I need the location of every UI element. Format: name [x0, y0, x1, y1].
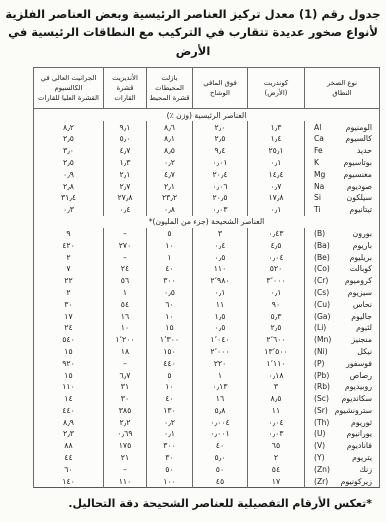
value-oceanic-basalt: ٤٠	[147, 393, 193, 405]
element-name: فاناديوم	[347, 441, 372, 450]
value-andesite: ٣٠	[104, 393, 147, 405]
table-row-Rb: روبيديوم(Rb)٣٠٫١٣١٠٣١١١٠	[34, 381, 380, 393]
value-andesite: ٠٫٤	[104, 204, 147, 216]
value-oceanic-basalt: ٨٫٥	[147, 145, 193, 157]
value-ultramafic: ١٬٠٤٠	[193, 334, 248, 346]
value-chondrite: ٠٫٠٤	[248, 416, 305, 428]
value-oceanic-basalt: ١٠	[147, 239, 193, 251]
element-symbol: (Th)	[314, 418, 329, 427]
table-row-Cu: نحاس(Cu)٩٠١١٦٠٥٤٣٠	[34, 298, 380, 310]
table-row-Ba: باريوم(Ba)٤٫٥٠٫٤١٠٢٧٠٤٢٠	[34, 239, 380, 251]
value-high-ca-granite: ٣٫٠	[34, 145, 104, 157]
value-chondrite: ١٧	[248, 475, 305, 487]
value-ultramafic: ٩٫٤	[193, 145, 248, 157]
value-chondrite: ١٫٤	[248, 133, 305, 145]
value-oceanic-basalt: ٥٠	[147, 463, 193, 475]
element-symbol: (Pb)	[314, 371, 329, 380]
section-header-label: العناصر الشحيحة (جزء من المليون)*	[34, 216, 380, 228]
value-andesite: ٠٫٦٩	[104, 428, 147, 440]
table-row-Cs: سيزيوم(Cs)٠٫١٠٫١٠٫٥١٢	[34, 287, 380, 299]
value-high-ca-granite: ٢	[34, 287, 104, 299]
value-chondrite: ٨٫٥	[248, 393, 305, 405]
table-title: جدول رقم (1) معدل تركيز العناصر الرئيسية…	[0, 0, 386, 60]
value-andesite: ١٨	[104, 346, 147, 358]
value-oceanic-basalt: ٢٫١	[147, 180, 193, 192]
element-name: مغنسيوم	[344, 170, 372, 179]
element-cell: الومنيومAl	[305, 121, 380, 133]
value-oceanic-basalt: ٥	[147, 369, 193, 381]
element-cell: منجنيز(Mn)	[305, 334, 380, 346]
element-name: زنك	[359, 465, 372, 474]
element-symbol: (Mn)	[314, 335, 331, 344]
value-high-ca-granite: ٦٠	[34, 463, 104, 475]
element-name: باريوم	[353, 241, 372, 250]
element-symbol: (B)	[314, 229, 325, 238]
table-row-Sc: سكانديوم(Sc)٨٫٥١٦٤٠٣٠١٤	[34, 393, 380, 405]
value-chondrite: ٤٫٥	[248, 239, 305, 251]
value-andesite: ٢٤	[104, 263, 147, 275]
value-high-ca-granite: ٢٤	[34, 322, 104, 334]
value-chondrite: ٠٫٠٤	[248, 251, 305, 263]
value-chondrite: ٠٫١٨	[248, 369, 305, 381]
value-ultramafic: ٢٬٠٠٠	[193, 346, 248, 358]
value-ultramafic: ٤٠	[193, 440, 248, 452]
element-symbol: (Y)	[314, 453, 325, 462]
value-high-ca-granite: ٠٫٩	[34, 168, 104, 180]
value-ultramafic: ٠٫٠٣	[193, 204, 248, 216]
element-cell: ثوريوم(Th)	[305, 416, 380, 428]
element-symbol: Mg	[314, 170, 325, 179]
element-cell: بريليوم(Be)	[305, 251, 380, 263]
value-ultramafic: ٠٫٠٠٤	[193, 416, 248, 428]
col-header-rock-type: نوع الصخرالنطاق	[305, 68, 380, 109]
value-high-ca-granite: ٤٢٠	[34, 239, 104, 251]
element-cell: روبيديوم(Rb)	[305, 381, 380, 393]
value-ultramafic: ١٦	[193, 393, 248, 405]
element-symbol: (Co)	[314, 264, 330, 273]
value-chondrite: ١٫٣	[248, 121, 305, 133]
element-symbol: (Ba)	[314, 241, 330, 250]
element-symbol: Ti	[314, 205, 321, 214]
value-high-ca-granite: ١٤٠	[34, 475, 104, 487]
value-chondrite: ٢٫٥	[248, 322, 305, 334]
value-high-ca-granite: ٨٫٩	[34, 416, 104, 428]
element-name: روبيديوم	[345, 382, 372, 391]
element-symbol: (Be)	[314, 253, 330, 262]
value-ultramafic: ٢٫٠	[193, 121, 248, 133]
value-ultramafic: ١١	[193, 298, 248, 310]
element-symbol: (Ni)	[314, 347, 328, 356]
col-header-oceanic-basalt: بازلت المحيطاتقشرة المحيط	[147, 68, 193, 109]
element-name: كوبالت	[350, 264, 372, 273]
value-oceanic-basalt: ٣٠٠	[147, 440, 193, 452]
value-andesite: ٥٤	[104, 298, 147, 310]
element-cell: فاناديوم(V)	[305, 440, 380, 452]
element-cell: لثيوم(Li)	[305, 322, 380, 334]
element-cell: زيركونيوم(Zr)	[305, 475, 380, 487]
element-cell: باريوم(Ba)	[305, 239, 380, 251]
table-row-Cr: كروميوم(Cr)٣٬٠٠٠٢٬٩٨٠٣٠٠٥٦٢٢	[34, 275, 380, 287]
value-andesite: –	[104, 357, 147, 369]
element-cell: سترونشيوم(Sr)	[305, 405, 380, 417]
table-row-V: فاناديوم(V)٦٥٤٠٣٠٠١٧٥٨٨	[34, 440, 380, 452]
element-symbol: (Cu)	[314, 300, 330, 309]
section-header-label: العناصر الرئيسية (وزن ٪)	[34, 109, 380, 122]
value-oceanic-basalt: ٠٫١	[147, 428, 193, 440]
value-oceanic-basalt: ١٥	[147, 322, 193, 334]
value-oceanic-basalt: ١	[147, 251, 193, 263]
value-oceanic-basalt: ٥	[147, 228, 193, 240]
value-oceanic-basalt: ١٠٠	[147, 475, 193, 487]
element-symbol: (Sr)	[314, 406, 328, 415]
value-chondrite: ٥٢٠	[248, 263, 305, 275]
element-name: يتريوم	[352, 453, 372, 462]
element-cell: سيلكونSi	[305, 192, 380, 204]
element-symbol: (Zn)	[314, 465, 330, 474]
value-chondrite: ١٣٬٥٠٠	[248, 346, 305, 358]
element-symbol: (U)	[314, 429, 325, 438]
table-row-Na: صوديومNa٠٫٧٠٫٠٦٢٫١٢٫٧٢٫٨	[34, 180, 380, 192]
element-name: ثوريوم	[351, 418, 372, 427]
value-oceanic-basalt: ٢٣٫٢	[147, 192, 193, 204]
value-chondrite: ٠٫٧	[248, 180, 305, 192]
table-row-Ni: نيكل(Ni)١٣٬٥٠٠٢٬٠٠٠١٥٠١٨١٥	[34, 346, 380, 358]
table-row-Ti: تيتانيومTi٠٫١٠٫٠٣٠٫٨٠٫٤٠٫٣	[34, 204, 380, 216]
value-oceanic-basalt: ١٥٠	[147, 346, 193, 358]
value-chondrite: ٢٬٦٠٠	[248, 334, 305, 346]
element-name: زيركونيوم	[341, 477, 372, 486]
value-chondrite: ١٤٫٤	[248, 168, 305, 180]
element-cell: بورون(B)	[305, 228, 380, 240]
element-symbol: (Cr)	[314, 276, 328, 285]
value-chondrite: ٥٤	[248, 463, 305, 475]
table-row-Mg: مغنسيومMg١٤٫٤٢٠٫٤٤٫٧٢٫١٠٫٩	[34, 168, 380, 180]
value-andesite: ٢٧٫٨	[104, 192, 147, 204]
value-chondrite: ٠٫٠٣	[248, 428, 305, 440]
table-row-U: يورانيوم(U)٠٫٠٣٠٫٠٠١٠٫١٠٫٦٩٢٫٣	[34, 428, 380, 440]
element-name: سكانديوم	[341, 394, 372, 403]
value-chondrite: ٩٠	[248, 298, 305, 310]
element-name: بوتاسيوم	[344, 158, 373, 167]
value-chondrite: ٠٫١	[248, 287, 305, 299]
table-row-Al: الومنيومAl١٫٣٢٫٠٨٫٦٩٫١٨٫٢	[34, 121, 380, 133]
element-name: يورانيوم	[346, 429, 372, 438]
value-andesite: ٥٫٠	[104, 133, 147, 145]
value-high-ca-granite: ٤٤٠	[34, 405, 104, 417]
value-andesite: ١٬٢٠٠	[104, 334, 147, 346]
value-high-ca-granite: ٤٤	[34, 452, 104, 464]
table-title-line1: جدول رقم (1) معدل تركيز العناصر الرئيسية…	[0, 5, 386, 23]
value-ultramafic: ٠٫٥	[193, 322, 248, 334]
value-ultramafic: ٢٢٠	[193, 357, 248, 369]
element-cell: كروميوم(Cr)	[305, 275, 380, 287]
value-chondrite: ٣	[248, 381, 305, 393]
element-cell: بوتاسيومK	[305, 157, 380, 169]
element-cell: صوديومNa	[305, 180, 380, 192]
table-row-Zr: زيركونيوم(Zr)١٧٤٥١٠٠١١٠١٤٠	[34, 475, 380, 487]
value-andesite: ٢٫٧	[104, 180, 147, 192]
elements-concentration-table: نوع الصخرالنطاقكوندريت(الأرض)فوق المافيا…	[33, 67, 380, 488]
value-oceanic-basalt: ٦٠	[147, 298, 193, 310]
value-high-ca-granite: ٢٫٥	[34, 133, 104, 145]
value-ultramafic: ٣	[193, 228, 248, 240]
element-name: صوديوم	[347, 182, 372, 191]
element-name: منجنيز	[351, 335, 372, 344]
table-row-Y: يتريوم(Y)٢٥٫٠٣٠٢١٤٤	[34, 452, 380, 464]
value-high-ca-granite: ٨٫٢	[34, 121, 104, 133]
value-oceanic-basalt: ٤٠	[147, 263, 193, 275]
element-name: رصاص	[350, 371, 372, 380]
element-symbol: Si	[314, 193, 321, 202]
element-symbol: (Cs)	[314, 288, 329, 297]
value-chondrite: ٢٥٫١	[248, 145, 305, 157]
element-symbol: (V)	[314, 441, 325, 450]
value-high-ca-granite: ١٥	[34, 369, 104, 381]
element-cell: تيتانيومTi	[305, 204, 380, 216]
value-oceanic-basalt: ٤٫٧	[147, 168, 193, 180]
value-chondrite: ٣٬٠٠٠	[248, 275, 305, 287]
value-andesite: ٩٫١	[104, 121, 147, 133]
value-chondrite: ٦٥	[248, 440, 305, 452]
element-name: سيلكون	[346, 193, 372, 202]
element-cell: جاليوم(Ga)	[305, 310, 380, 322]
element-name: جاليوم	[351, 312, 372, 321]
value-andesite: ١٫٣	[104, 157, 147, 169]
element-cell: نحاس(Cu)	[305, 298, 380, 310]
value-oceanic-basalt: ١٬٣٠٠	[147, 334, 193, 346]
value-ultramafic: ٥٠	[193, 463, 248, 475]
value-andesite: –	[104, 463, 147, 475]
col-header-andesite: الأنديزيتقشرة القارات	[104, 68, 147, 109]
value-andesite: ١	[104, 287, 147, 299]
value-high-ca-granite: ١١٠	[34, 381, 104, 393]
value-high-ca-granite: ٢٫٨	[34, 180, 104, 192]
value-andesite: ١٠	[104, 322, 147, 334]
col-header-ultramafic: فوق المافيالوشاح	[193, 68, 248, 109]
element-name: سيزيوم	[348, 288, 372, 297]
table-row-Si: سيلكونSi١٧٫٨٢٠٫٥٢٣٫٢٢٧٫٨٣١٫٤	[34, 192, 380, 204]
element-cell: رصاص(Pb)	[305, 369, 380, 381]
value-andesite: ٣١	[104, 381, 147, 393]
value-high-ca-granite: ٩٢٠	[34, 357, 104, 369]
table-row-Ga: جاليوم(Ga)٥٫٣١٫٥١٠١٦١٧	[34, 310, 380, 322]
value-andesite: ٣٨٥	[104, 405, 147, 417]
element-name: كالسيوم	[345, 134, 372, 143]
value-andesite: ٦٫٧	[104, 369, 147, 381]
value-ultramafic: ٠٫٠٦	[193, 180, 248, 192]
element-name: حديد	[357, 146, 372, 155]
value-ultramafic: ١٫٥	[193, 310, 248, 322]
value-oceanic-basalt: ١٠	[147, 310, 193, 322]
table-row-Th: ثوريوم(Th)٠٫٠٤٠٫٠٠٤٠٫٢٢٫٢٨٫٩	[34, 416, 380, 428]
value-chondrite: ٠٫١	[248, 204, 305, 216]
value-chondrite: ١٬١١٠	[248, 357, 305, 369]
element-symbol: (Li)	[314, 323, 326, 332]
value-andesite: ١١٠	[104, 475, 147, 487]
value-chondrite: ٠٫٤٣	[248, 228, 305, 240]
value-andesite: –	[104, 228, 147, 240]
value-oceanic-basalt: ٣٠	[147, 452, 193, 464]
col-header-high-ca-granite: الجرانيت العالي في الكالسيومالقشرة العلي…	[34, 68, 104, 109]
value-ultramafic: ٠٫٥	[193, 251, 248, 263]
value-andesite: ٥٦	[104, 275, 147, 287]
element-cell: فوسفور(P)	[305, 357, 380, 369]
element-name: بورون	[353, 229, 372, 238]
element-symbol: (Ga)	[314, 312, 330, 321]
element-name: بريليوم	[350, 253, 372, 262]
table-row-Ca: كالسيومCa١٫٤٢٫٥٨٫١٥٫٠٢٫٥	[34, 133, 380, 145]
element-cell: مغنسيومMg	[305, 168, 380, 180]
value-oceanic-basalt: ٨٫٦	[147, 121, 193, 133]
element-name: سترونشيوم	[335, 406, 372, 415]
element-symbol: Na	[314, 182, 324, 191]
element-name: لثيوم	[356, 323, 372, 332]
table-row-Fe: حديدFe٢٥٫١٩٫٤٨٫٥٤٫٧٣٫٠	[34, 145, 380, 157]
value-chondrite: ٢	[248, 452, 305, 464]
table-row-Be: بريليوم(Be)٠٫٠٤٠٫٥١–٢	[34, 251, 380, 263]
element-name: فوسفور	[346, 359, 372, 368]
value-oceanic-basalt: ٨٫١	[147, 133, 193, 145]
value-high-ca-granite: ٧	[34, 263, 104, 275]
value-high-ca-granite: ٩	[34, 228, 104, 240]
section-header-row-0: العناصر الرئيسية (وزن ٪)	[34, 109, 380, 122]
value-chondrite: ٠٫١	[248, 157, 305, 169]
value-oceanic-basalt: ٣٠٠	[147, 275, 193, 287]
value-ultramafic: ٢٬٩٨٠	[193, 275, 248, 287]
table-row-K: بوتاسيومK٠٫١٠٫٠١٠٫٢١٫٣٢٫٥	[34, 157, 380, 169]
value-andesite: ٢٫١	[104, 168, 147, 180]
value-chondrite: ١١	[248, 405, 305, 417]
element-cell: حديدFe	[305, 145, 380, 157]
element-name: تيتانيوم	[349, 205, 372, 214]
value-ultramafic: ٠٫١	[193, 287, 248, 299]
element-symbol: Fe	[314, 146, 323, 155]
table-row-Li: لثيوم(Li)٢٫٥٠٫٥١٥١٠٢٤	[34, 322, 380, 334]
element-cell: سكانديوم(Sc)	[305, 393, 380, 405]
element-symbol: Al	[314, 123, 321, 132]
element-cell: كوبالت(Co)	[305, 263, 380, 275]
value-oceanic-basalt: ٠٫٢	[147, 157, 193, 169]
value-oceanic-basalt: ٠٫٢	[147, 416, 193, 428]
value-high-ca-granite: ٢٢	[34, 275, 104, 287]
value-andesite: ٢٧٠	[104, 239, 147, 251]
value-ultramafic: ٠٫٠٠١	[193, 428, 248, 440]
value-ultramafic: ٢٠٫٥	[193, 192, 248, 204]
table-row-Pb: رصاص(Pb)٠٫١٨١٥٦٫٧١٥	[34, 369, 380, 381]
value-high-ca-granite: ٥٤٠	[34, 334, 104, 346]
element-symbol: K	[314, 158, 319, 167]
element-symbol: (Rb)	[314, 382, 330, 391]
element-symbol: (Sc)	[314, 394, 329, 403]
value-ultramafic: ٤٥	[193, 475, 248, 487]
value-chondrite: ٥٫٣	[248, 310, 305, 322]
value-high-ca-granite: ٢٫٥	[34, 157, 104, 169]
value-andesite: ١٦	[104, 310, 147, 322]
value-ultramafic: ٥٫٨	[193, 405, 248, 417]
scanned-document-page: جدول رقم (1) معدل تركيز العناصر الرئيسية…	[0, 0, 386, 522]
value-oceanic-basalt: ٠٫٥	[147, 287, 193, 299]
element-cell: يتريوم(Y)	[305, 452, 380, 464]
table-row-P: فوسفور(P)١٬١١٠٢٢٠٤٤٠–٩٢٠	[34, 357, 380, 369]
element-name: الومنيوم	[346, 123, 372, 132]
value-ultramafic: ٠٫١٣	[193, 381, 248, 393]
element-name: كروميوم	[345, 276, 372, 285]
value-ultramafic: ١	[193, 369, 248, 381]
element-cell: سيزيوم(Cs)	[305, 287, 380, 299]
value-ultramafic: ١١٠	[193, 263, 248, 275]
element-symbol: Ca	[314, 134, 324, 143]
value-andesite: –	[104, 251, 147, 263]
element-name: نحاس	[353, 300, 372, 309]
value-ultramafic: ٢٫٥	[193, 133, 248, 145]
value-oceanic-basalt: ١٣٠	[147, 405, 193, 417]
value-andesite: ١٧٥	[104, 440, 147, 452]
value-high-ca-granite: ٢٫٣	[34, 428, 104, 440]
value-high-ca-granite: ٣١٫٤	[34, 192, 104, 204]
value-ultramafic: ٥٫٠	[193, 452, 248, 464]
element-name: نيكل	[357, 347, 372, 356]
value-oceanic-basalt: ٤٤٠	[147, 357, 193, 369]
table-footnote: *تعكس الأرقام التفصيلية للعناصر الشحيحة …	[68, 497, 372, 510]
value-ultramafic: ٢٠٫٤	[193, 168, 248, 180]
value-oceanic-basalt: ١٠	[147, 381, 193, 393]
table-row-Sr: سترونشيوم(Sr)١١٥٫٨١٣٠٣٨٥٤٤٠	[34, 405, 380, 417]
table-row-B: بورون(B)٠٫٤٣٣٥–٩	[34, 228, 380, 240]
value-ultramafic: ٠٫٤	[193, 239, 248, 251]
element-symbol: (Zr)	[314, 477, 328, 486]
value-chondrite: ١٧٫٨	[248, 192, 305, 204]
col-header-chondrite: كوندريت(الأرض)	[248, 68, 305, 109]
table-title-line2: لأنواع صخور عديدة تتقارب في التركيب مع ا…	[0, 23, 386, 60]
element-symbol: (P)	[314, 359, 325, 368]
table-row-Mn: منجنيز(Mn)٢٬٦٠٠١٬٠٤٠١٬٣٠٠١٬٢٠٠٥٤٠	[34, 334, 380, 346]
table-row-Co: كوبالت(Co)٥٢٠١١٠٤٠٢٤٧	[34, 263, 380, 275]
element-cell: يورانيوم(U)	[305, 428, 380, 440]
value-oceanic-basalt: ٠٫٨	[147, 204, 193, 216]
section-header-row-1: العناصر الشحيحة (جزء من المليون)*	[34, 216, 380, 228]
value-high-ca-granite: ٨٨	[34, 440, 104, 452]
value-andesite: ٢١	[104, 452, 147, 464]
value-high-ca-granite: ٢	[34, 251, 104, 263]
element-cell: نيكل(Ni)	[305, 346, 380, 358]
value-high-ca-granite: ١٤	[34, 393, 104, 405]
value-andesite: ٤٫٧	[104, 145, 147, 157]
value-andesite: ٢٫٢	[104, 416, 147, 428]
element-cell: كالسيومCa	[305, 133, 380, 145]
header-row: نوع الصخرالنطاقكوندريت(الأرض)فوق المافيا…	[34, 68, 380, 109]
value-high-ca-granite: ٠٫٣	[34, 204, 104, 216]
value-high-ca-granite: ١٥	[34, 346, 104, 358]
value-high-ca-granite: ٣٠	[34, 298, 104, 310]
value-ultramafic: ٠٫٠١	[193, 157, 248, 169]
table-row-Zn: زنك(Zn)٥٤٥٠٥٠–٦٠	[34, 463, 380, 475]
value-high-ca-granite: ١٧	[34, 310, 104, 322]
element-cell: زنك(Zn)	[305, 463, 380, 475]
